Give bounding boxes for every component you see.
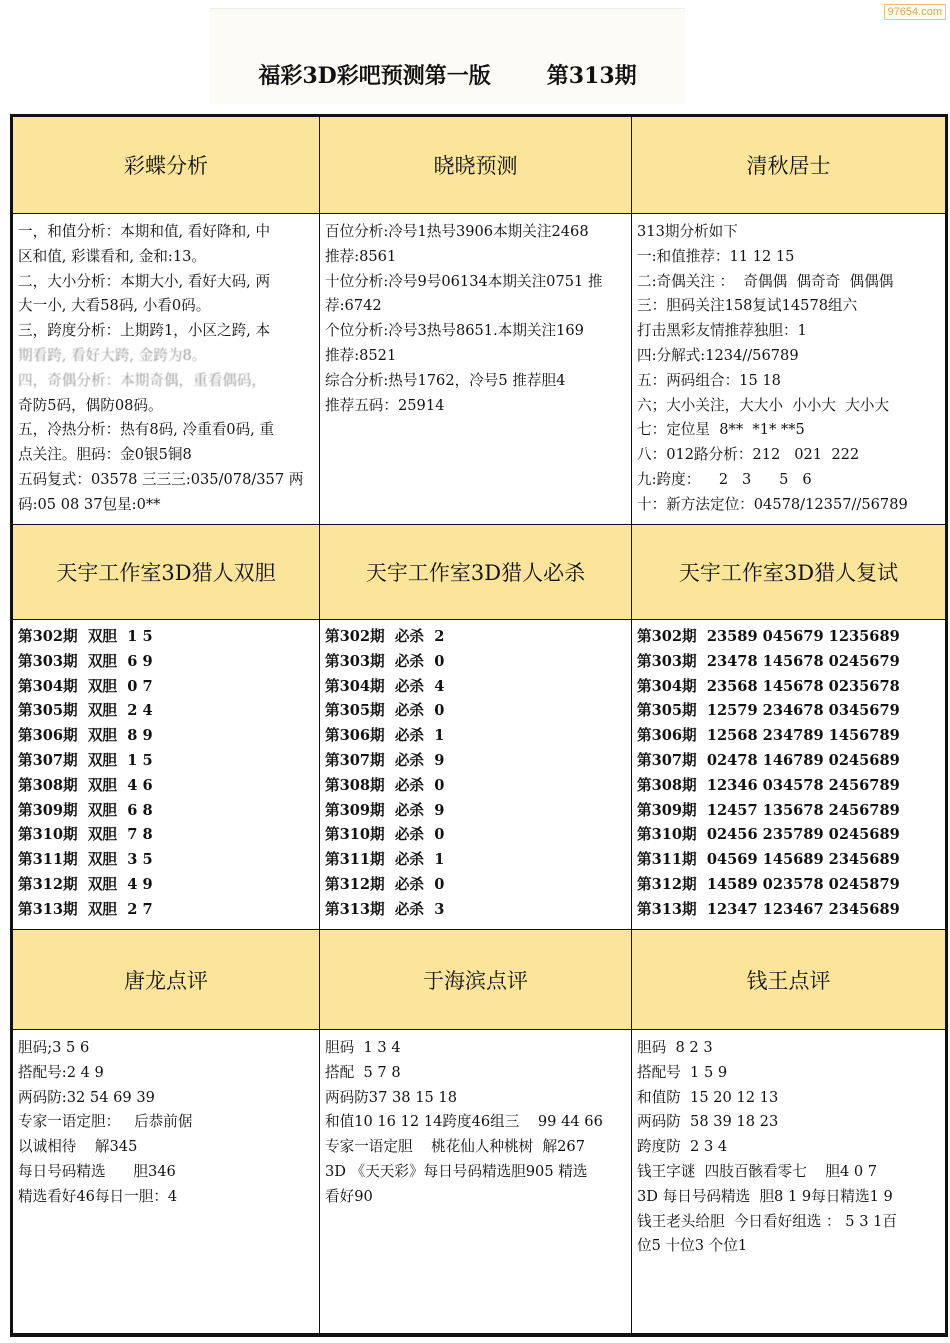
table-row: 第309期 必杀 9 — [325, 799, 626, 824]
content-caidie-analysis: 一，和值分析：本期和值, 看好降和, 中 区和值, 彩谍看和, 金和:13。 二… — [13, 214, 320, 525]
table-row: 第306期 双胆 8 9 — [18, 724, 314, 749]
title-band: 福彩3D彩吧预测第一版 第313期 — [210, 8, 685, 104]
text-line: 大一小, 大看58码, 小看0码。 — [18, 294, 314, 319]
text-line: 一:和值推荐：11 12 15 — [637, 245, 940, 270]
table-row: 第312期 14589 023578 0245879 — [637, 873, 940, 898]
text-line: 个位分析:冷号3热号8651.本期关注169 — [325, 319, 626, 344]
table-row: 第310期 02456 235789 0245689 — [637, 823, 940, 848]
table-row: 第303期 双胆 6 9 — [18, 650, 314, 675]
text-line: 精选看好46每日一胆：4 — [18, 1185, 314, 1210]
text-line: 一，和值分析：本期和值, 看好降和, 中 — [18, 220, 314, 245]
text-line: 九:跨度： 2 3 5 6 — [637, 468, 940, 493]
table-row: 第305期 12579 234678 0345679 — [637, 699, 940, 724]
text-line: 推荐五码：25914 — [325, 394, 626, 419]
text-line: 位5 十位3 个位1 — [637, 1234, 940, 1259]
header-qingqiu-jushi: 清秋居士 — [632, 117, 945, 214]
text-line: 和值10 16 12 14跨度46组三 99 44 66 — [325, 1110, 626, 1135]
table-row: 第303期 必杀 0 — [325, 650, 626, 675]
text-line: 搭配 5 7 8 — [325, 1061, 626, 1086]
text-line: 钱王老头给胆 今日看好组选 ： 5 3 1百 — [637, 1210, 940, 1235]
text-line: 3D 《天天彩》每日号码精选胆905 精选 — [325, 1160, 626, 1185]
header-yuhaibin-review: 于海滨点评 — [320, 930, 632, 1030]
table-row: 第312期 双胆 4 9 — [18, 873, 314, 898]
table-row: 第307期 双胆 1 5 — [18, 749, 314, 774]
text-line: 以诚相待 解345 — [18, 1135, 314, 1160]
content-tanglong-review: 胆码;3 5 6 搭配号:2 4 9 两码防:32 54 69 39 专家一语定… — [13, 1030, 320, 1333]
table-row: 第306期 12568 234789 1456789 — [637, 724, 940, 749]
table-row: 第304期 双胆 0 7 — [18, 675, 314, 700]
table-row: 第307期 必杀 9 — [325, 749, 626, 774]
text-line: 钱王字谜 四肢百骸看零七 胆4 0 7 — [637, 1160, 940, 1185]
table-row: 第310期 必杀 0 — [325, 823, 626, 848]
table-row: 第302期 双胆 1 5 — [18, 625, 314, 650]
header-qianwang-review: 钱王点评 — [632, 930, 945, 1030]
table-row: 第305期 必杀 0 — [325, 699, 626, 724]
table-row: 第313期 双胆 2 7 — [18, 898, 314, 923]
content-xiaoxiao-prediction: 百位分析:冷号1热号3906本期关注2468 推荐:8561 十位分析:冷号9号… — [320, 214, 632, 525]
header-tanglong-review: 唐龙点评 — [13, 930, 320, 1030]
content-tianyu-double-dan: 第302期 双胆 1 5 第303期 双胆 6 9 第304期 双胆 0 7 第… — [13, 620, 320, 930]
text-line: 打击黑彩友情推荐独胆：1 — [637, 319, 940, 344]
text-line: 点关注。胆码：金0银5铜8 — [18, 443, 314, 468]
table-row: 第304期 23568 145678 0235678 — [637, 675, 940, 700]
content-tianyu-must-kill: 第302期 必杀 2 第303期 必杀 0 第304期 必杀 4 第305期 必… — [320, 620, 632, 930]
text-line: 搭配号:2 4 9 — [18, 1061, 314, 1086]
text-line: 百位分析:冷号1热号3906本期关注2468 — [325, 220, 626, 245]
title-issue: 第313期 — [547, 63, 637, 89]
table-row: 第311期 双胆 3 5 — [18, 848, 314, 873]
text-line: 推荐:8561 — [325, 245, 626, 270]
header-tianyu-double-dan: 天宇工作室3D猎人双胆 — [13, 525, 320, 620]
content-tianyu-fushi: 第302期 23589 045679 1235689 第303期 23478 1… — [632, 620, 945, 930]
table-row: 第310期 双胆 7 8 — [18, 823, 314, 848]
table-row: 第308期 双胆 4 6 — [18, 774, 314, 799]
text-line: 胆码 1 3 4 — [325, 1036, 626, 1061]
table-row: 第306期 必杀 1 — [325, 724, 626, 749]
text-line: 和值防 15 20 12 13 — [637, 1086, 940, 1111]
text-line: 五，冷热分析：热有8码, 冷重看0码, 重 — [18, 418, 314, 443]
table-row: 第303期 23478 145678 0245679 — [637, 650, 940, 675]
text-line: 两码防37 38 15 18 — [325, 1086, 626, 1111]
text-line: 五码复式：03578 三三三:035/078/357 两 — [18, 468, 314, 493]
table-row: 第312期 必杀 0 — [325, 873, 626, 898]
text-line-obscured: 四，奇偶分析：本期奇偶，重看偶码， — [18, 369, 314, 394]
text-line: 三：胆码关注158复试14578组六 — [637, 294, 940, 319]
table-row: 第305期 双胆 2 4 — [18, 699, 314, 724]
table-row: 第302期 必杀 2 — [325, 625, 626, 650]
watermark-badge: 97654.com — [884, 4, 946, 20]
table-row: 第304期 必杀 4 — [325, 675, 626, 700]
table-row: 第308期 12346 034578 2456789 — [637, 774, 940, 799]
text-line: 跨度防 2 3 4 — [637, 1135, 940, 1160]
header-caidie-analysis: 彩蝶分析 — [13, 117, 320, 214]
white-mask — [63, 514, 313, 524]
header-xiaoxiao-prediction: 晓晓预测 — [320, 117, 632, 214]
prediction-table: 彩蝶分析 晓晓预测 清秋居士 一，和值分析：本期和值, 看好降和, 中 区和值,… — [10, 114, 948, 1337]
text-line: 八：012路分析：212 021 222 — [637, 443, 940, 468]
text-line: 区和值, 彩谍看和, 金和:13。 — [18, 245, 314, 270]
text-line: 313期分析如下 — [637, 220, 940, 245]
table-row: 第311期 04569 145689 2345689 — [637, 848, 940, 873]
text-line: 荐:6742 — [325, 294, 626, 319]
text-line: 奇防5码，偶防08码。 — [18, 394, 314, 419]
text-line: 专家一语定胆 桃花仙人种桃树 解267 — [325, 1135, 626, 1160]
content-yuhaibin-review: 胆码 1 3 4 搭配 5 7 8 两码防37 38 15 18 和值10 16… — [320, 1030, 632, 1333]
table-row: 第308期 必杀 0 — [325, 774, 626, 799]
table-row: 第309期 12457 135678 2456789 — [637, 799, 940, 824]
text-line: 两码防:32 54 69 39 — [18, 1086, 314, 1111]
content-qingqiu-jushi: 313期分析如下 一:和值推荐：11 12 15 二:奇偶关注 ： 奇偶偶 偶奇… — [632, 214, 945, 525]
content-qianwang-review: 胆码 8 2 3 搭配号 1 5 9 和值防 15 20 12 13 两码防 5… — [632, 1030, 945, 1333]
text-line: 二:奇偶关注 ： 奇偶偶 偶奇奇 偶偶偶 — [637, 270, 940, 295]
table-row: 第302期 23589 045679 1235689 — [637, 625, 940, 650]
text-line: 胆码;3 5 6 — [18, 1036, 314, 1061]
text-line: 十位分析:冷号9号06134本期关注0751 推 — [325, 270, 626, 295]
title-main: 福彩3D彩吧预测第一版 — [258, 63, 490, 89]
header-tianyu-must-kill: 天宇工作室3D猎人必杀 — [320, 525, 632, 620]
text-line: 两码防 58 39 18 23 — [637, 1110, 940, 1135]
table-row: 第313期 必杀 3 — [325, 898, 626, 923]
text-line: 四:分解式:1234//56789 — [637, 344, 940, 369]
text-line: 3D 每日号码精选 胆8 1 9每日精选1 9 — [637, 1185, 940, 1210]
text-line: 三，跨度分析：上期跨1，小区之跨, 本 — [18, 319, 314, 344]
text-line: 二，大小分析：本期大小, 看好大码, 两 — [18, 270, 314, 295]
page-title: 福彩3D彩吧预测第一版 第313期 — [210, 59, 685, 90]
text-line: 十：新方法定位：04578/12357//56789 — [637, 493, 940, 518]
text-line-obscured: 期看跨, 看好大跨, 金跨为8。 — [18, 344, 314, 369]
text-line: 综合分析:热号1762，冷号5 推荐胆4 — [325, 369, 626, 394]
text-line: 胆码 8 2 3 — [637, 1036, 940, 1061]
table-row: 第313期 12347 123467 2345689 — [637, 898, 940, 923]
header-tianyu-fushi: 天宇工作室3D猎人复试 — [632, 525, 945, 620]
text-line: 专家一语定胆： 后恭前倨 — [18, 1110, 314, 1135]
text-line: 每日号码精选 胆346 — [18, 1160, 314, 1185]
table-row: 第307期 02478 146789 0245689 — [637, 749, 940, 774]
text-line: 六；大小关注，大大小 小小大 大小大 — [637, 394, 940, 419]
text-line: 七：定位星 8** *1* **5 — [637, 418, 940, 443]
text-line: 搭配号 1 5 9 — [637, 1061, 940, 1086]
text-line: 五：两码组合：15 18 — [637, 369, 940, 394]
table-row: 第311期 必杀 1 — [325, 848, 626, 873]
text-line: 看好90 — [325, 1185, 626, 1210]
text-line: 推荐:8521 — [325, 344, 626, 369]
table-row: 第309期 双胆 6 8 — [18, 799, 314, 824]
